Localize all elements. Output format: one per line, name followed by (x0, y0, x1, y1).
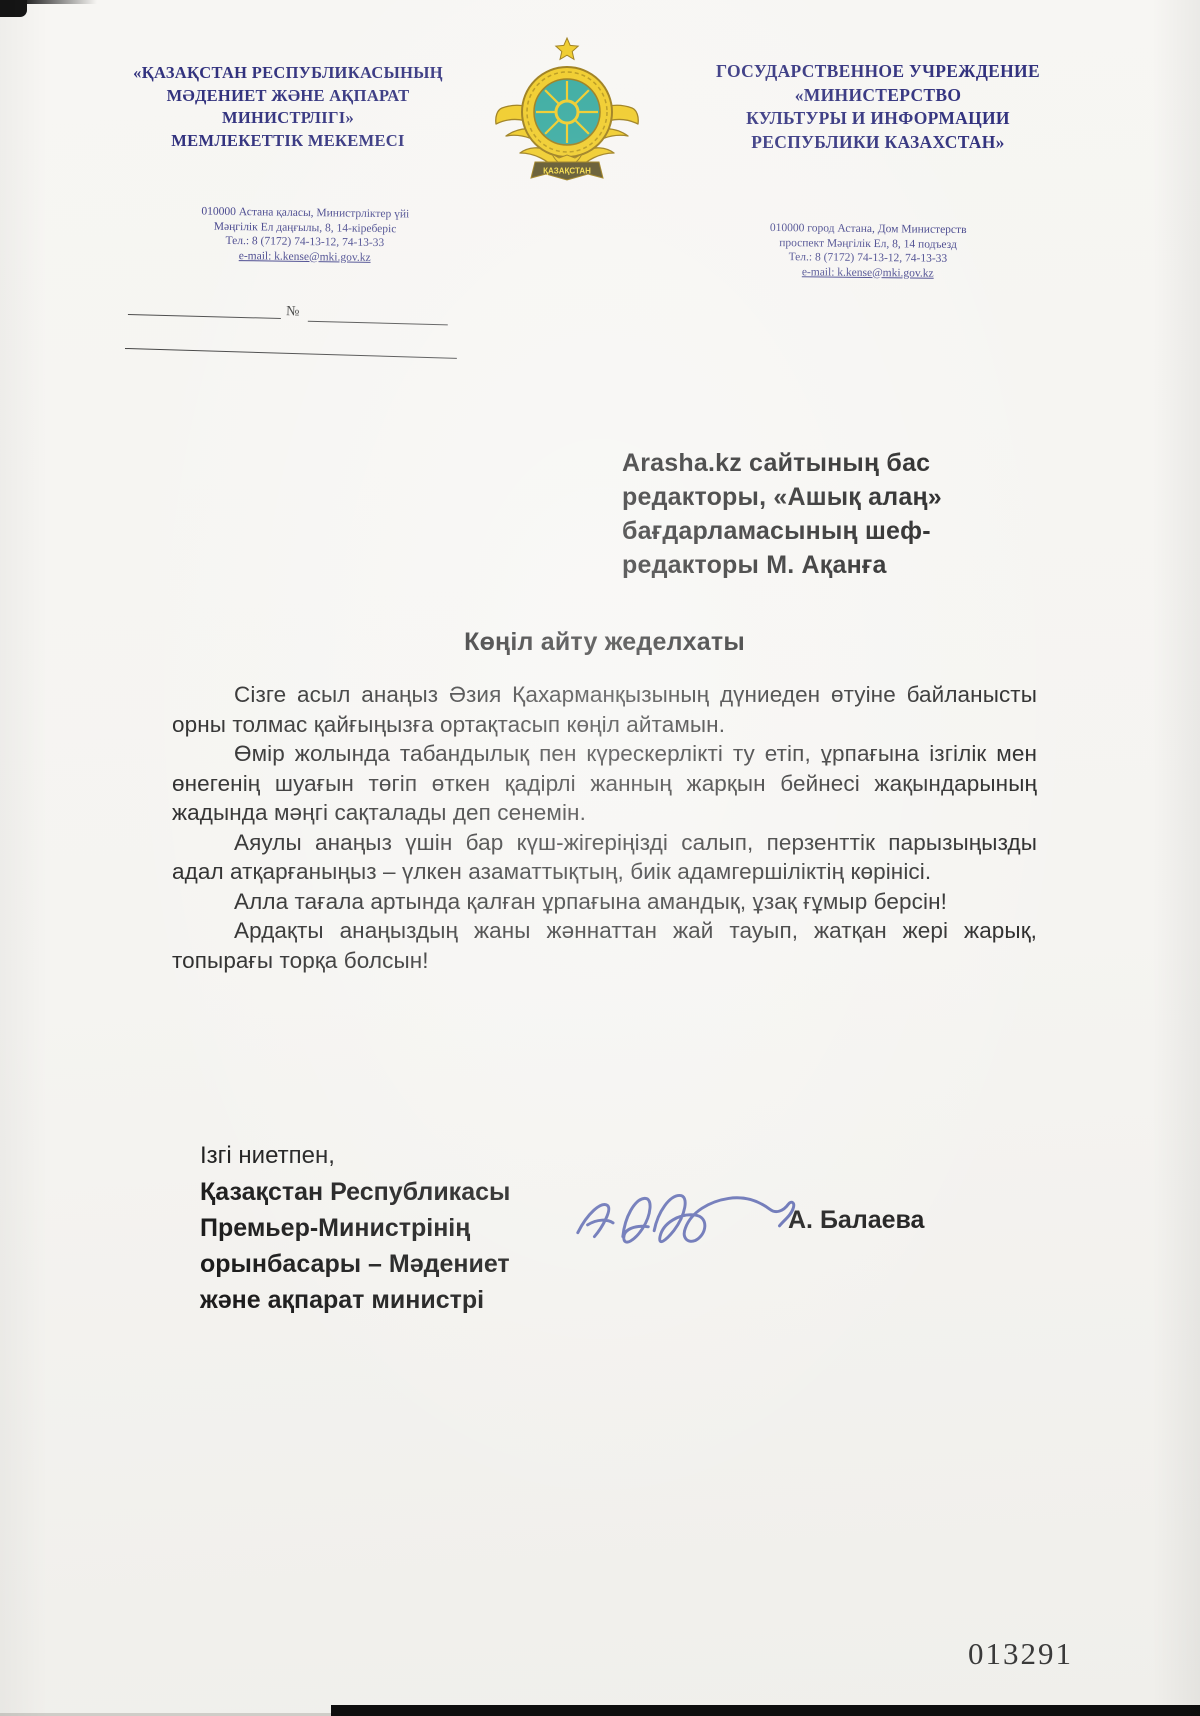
scanned-letter-page: «ҚАЗАҚСТАН РЕСПУБЛИКАСЫНЫҢ МӘДЕНИЕТ ЖӘНЕ… (0, 0, 1200, 1716)
paragraph: Ардақты анаңыздың жаны жәннаттан жай тау… (172, 916, 1037, 975)
recipient-line: редакторы М. Ақанға (622, 548, 1032, 582)
recipient-block: Arasha.kz сайтының бас редакторы, «Ашық … (622, 446, 1032, 582)
org-kk-line: МЕМЛЕКЕТТІК МЕКЕМЕСІ (88, 130, 488, 153)
paragraph: Өмір жолында табандылық пен күрескерлікт… (172, 739, 1037, 828)
signer-position-line: Премьер-Министрінің (200, 1210, 510, 1246)
signer-position-line: және ақпарат министрі (200, 1282, 510, 1318)
number-blank-line (308, 321, 448, 326)
org-kk-line: МИНИСТРЛІГІ» (88, 107, 488, 130)
document-number: 013291 (968, 1636, 1073, 1672)
letter-body: Сізге асыл анаңыз Әзия Қахарманқызының д… (172, 680, 1037, 975)
recipient-line: редакторы, «Ашық алаң» (622, 480, 1032, 514)
closing-salutation: Ізгі ниетпен, (200, 1138, 510, 1174)
contact-block-russian: 010000 город Астана, Дом Министерств про… (716, 220, 1021, 281)
paragraph: Сізге асыл анаңыз Әзия Қахарманқызының д… (172, 680, 1037, 739)
org-ru-line: ГОСУДАРСТВЕННОЕ УЧРЕЖДЕНИЕ (652, 60, 1104, 84)
org-name-russian: ГОСУДАРСТВЕННОЕ УЧРЕЖДЕНИЕ «МИНИСТЕРСТВО… (652, 60, 1104, 154)
number-sign: № (286, 304, 300, 320)
org-kk-line: МӘДЕНИЕТ ЖӘНЕ АҚПАРАТ (88, 85, 488, 108)
paragraph: Аяулы анаңыз үшін бар күш-жігеріңізді са… (172, 828, 1037, 887)
letter-title: Көңіл айту жеделхаты (172, 628, 1037, 657)
recipient-line: бағдарламасының шеф- (622, 514, 1032, 548)
scan-bottom-edge-artifact (331, 1705, 1200, 1716)
org-ru-line: РЕСПУБЛИКИ КАЗАХСТАН» (652, 131, 1104, 155)
org-ru-line: КУЛЬТУРЫ И ИНФОРМАЦИИ (652, 107, 1104, 131)
handwritten-signature (568, 1168, 803, 1266)
email-line: e-mail: k.kense@mki.gov.kz (716, 264, 1020, 282)
org-ru-line: «МИНИСТЕРСТВО (652, 84, 1104, 108)
signatory-name: А. Балаева (788, 1206, 924, 1235)
scan-corner-artifact (0, 0, 27, 17)
date-blank-line (128, 314, 281, 319)
reply-reference-blank-line (125, 348, 457, 359)
org-name-kazakh: «ҚАЗАҚСТАН РЕСПУБЛИКАСЫНЫҢ МӘДЕНИЕТ ЖӘНЕ… (88, 62, 488, 152)
org-kk-line: «ҚАЗАҚСТАН РЕСПУБЛИКАСЫНЫҢ (88, 62, 488, 85)
reference-number-line: № (128, 300, 459, 333)
contact-block-kazakh: 010000 Астана қаласы, Министрліктер үйі … (140, 204, 471, 267)
signer-position-line: орынбасары – Мәдениет (200, 1246, 510, 1282)
recipient-line: Arasha.kz сайтының бас (622, 446, 1032, 480)
scan-edge-smudge (27, 0, 97, 4)
closing-block: Ізгі ниетпен, Қазақстан Республикасы Пре… (200, 1138, 510, 1318)
kazakhstan-coat-of-arms-icon: ҚАЗАҚСТАН (492, 34, 642, 186)
paragraph: Алла тағала артында қалған ұрпағына аман… (172, 887, 1037, 917)
emblem-ribbon-text: ҚАЗАҚСТАН (543, 167, 591, 176)
signer-position-line: Қазақстан Республикасы (200, 1174, 510, 1210)
